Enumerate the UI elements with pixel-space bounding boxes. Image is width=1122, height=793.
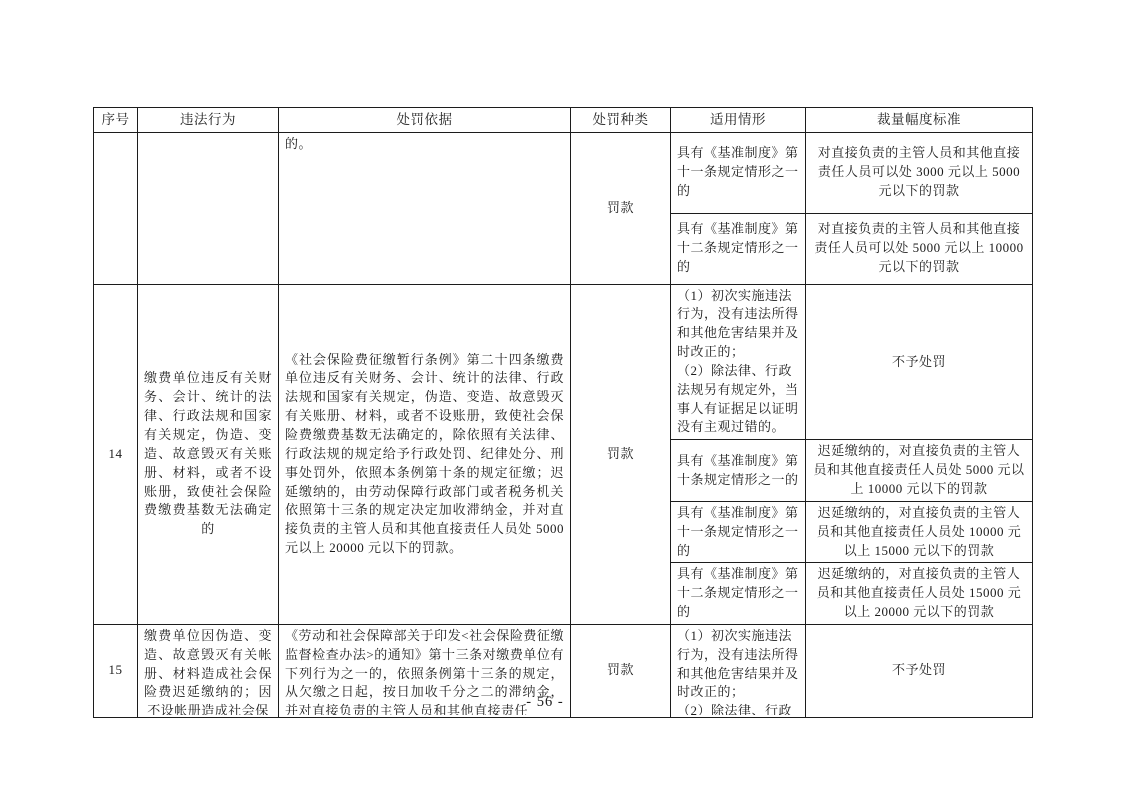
cell-r14-standard-1: 不予处罚 [806, 284, 1033, 440]
page-number: - 56 - [0, 694, 1090, 711]
document-page: 序号 违法行为 处罚依据 处罚种类 适用情形 裁量幅度标准 的。 罚款 具有《基… [93, 107, 1033, 718]
header-standard: 裁量幅度标准 [806, 108, 1033, 133]
cell-r14-situation-3: 具有《基准制度》第十一条规定情形之一的 [671, 501, 806, 563]
cell-r14-violation: 缴费单位违反有关财务、会计、统计的法律、行政法规和国家有关规定，伪造、变造、故意… [138, 284, 279, 624]
cell-r14-situation-2: 具有《基准制度》第十条规定情形之一的 [671, 440, 806, 502]
cell-r13-situation-1: 具有《基准制度》第十一条规定情形之一的 [671, 132, 806, 213]
table-header-row: 序号 违法行为 处罚依据 处罚种类 适用情形 裁量幅度标准 [94, 108, 1033, 133]
cell-r14-standard-4: 迟延缴纳的，对直接负责的主管人员和其他直接责任人员处 15000 元以上 200… [806, 563, 1033, 625]
cell-r13-basis: 的。 [279, 132, 571, 284]
cell-r13-seq [94, 132, 138, 284]
cell-r14-standard-3: 迟延缴纳的，对直接负责的主管人员和其他直接责任人员处 10000 元以上 150… [806, 501, 1033, 563]
cell-r14-situation-1: （1）初次实施违法行为，没有违法所得和其他危害结果并及时改正的； （2）除法律、… [671, 284, 806, 440]
table-row: 的。 罚款 具有《基准制度》第十一条规定情形之一的 对直接负责的主管人员和其他直… [94, 132, 1033, 213]
table-row: 14 缴费单位违反有关财务、会计、统计的法律、行政法规和国家有关规定，伪造、变造… [94, 284, 1033, 440]
cell-r13-violation [138, 132, 279, 284]
cell-r14-standard-2: 迟延缴纳的，对直接负责的主管人员和其他直接责任人员处 5000 元以上 1000… [806, 440, 1033, 502]
cell-r14-seq: 14 [94, 284, 138, 624]
cell-r14-basis: 《社会保险费征缴暂行条例》第二十四条缴费单位违反有关财务、会计、统计的法律、行政… [279, 284, 571, 624]
header-penalty-type: 处罚种类 [571, 108, 671, 133]
cell-r14-penalty-type: 罚款 [571, 284, 671, 624]
header-seq: 序号 [94, 108, 138, 133]
header-situation: 适用情形 [671, 108, 806, 133]
cell-r13-situation-2: 具有《基准制度》第十二条规定情形之一的 [671, 213, 806, 284]
penalty-discretion-table: 序号 违法行为 处罚依据 处罚种类 适用情形 裁量幅度标准 的。 罚款 具有《基… [93, 107, 1033, 718]
cell-r14-situation-4: 具有《基准制度》第十二条规定情形之一的 [671, 563, 806, 625]
cell-r13-standard-1: 对直接负责的主管人员和其他直接责任人员可以处 3000 元以上 5000 元以下… [806, 132, 1033, 213]
cell-r13-penalty-type: 罚款 [571, 132, 671, 284]
cell-r13-standard-2: 对直接负责的主管人员和其他直接责任人员可以处 5000 元以上 10000 元以… [806, 213, 1033, 284]
header-violation: 违法行为 [138, 108, 279, 133]
header-basis: 处罚依据 [279, 108, 571, 133]
